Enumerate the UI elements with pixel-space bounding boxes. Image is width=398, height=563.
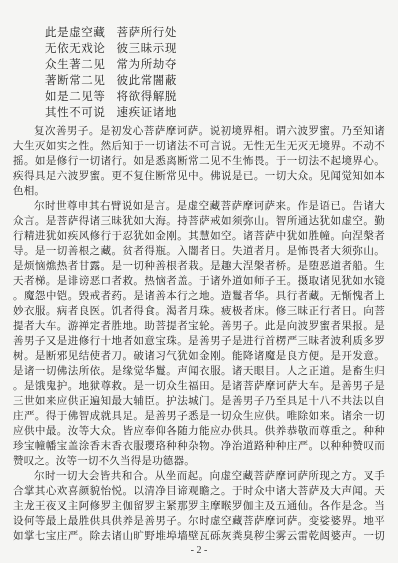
- verse-row: 如是二见等将欲得解脱: [45, 89, 385, 105]
- verse-left-half: 众生著二见: [45, 57, 106, 73]
- text-line: 摇。如是修行一切诸行。如是悉离断常二见不生怖畏。于一切法不起境界心。: [13, 154, 385, 169]
- verse-gap: [106, 89, 117, 105]
- text-line: 大生灭如实之性。然后知于一切诸法不可言说。无性无生无灭无境界。不动不: [13, 139, 385, 154]
- verse-row: 其性不可说速疾证诸地: [45, 105, 385, 121]
- text-line: 天者梯。是诽谤恶口者救。热恼者盖。于诸外道如师子王。摄取诸见犹如水镜: [13, 274, 385, 289]
- verse-left-half: 其性不可说: [45, 105, 106, 121]
- text-line: 善男子又是进修行十地者如意宝珠。是善男子是进行首楞严三昧者波利质多罗: [13, 334, 385, 349]
- verse-gap: [106, 73, 117, 89]
- verse-row: 著断常二见彼此常闇蔽: [45, 73, 385, 89]
- text-line: 。是饿鬼护。地狱尊救。是一切众生福田。是诸菩萨摩诃萨大车。是善男子是: [13, 379, 385, 394]
- verse-left-half: 无依无戏论: [45, 41, 106, 57]
- verse-right-half: 常为所劫夺: [117, 57, 178, 73]
- verse-row: 众生著二见常为所劫夺: [45, 57, 385, 73]
- text-line: 尔时一切大会皆共和合。从坐而起。向虚空藏菩萨摩诃萨所现之方。叉手: [13, 469, 385, 484]
- verse-gap: [106, 41, 117, 57]
- body-block: 复次善男子。是初发心菩萨摩诃萨。说初境界相。谓六波罗蜜。乃至知诸大生灭如实之性。…: [13, 124, 385, 544]
- verse-right-half: 彼此常闇蔽: [117, 73, 178, 89]
- verse-right-half: 彼三昧示现: [117, 41, 178, 57]
- scanned-sutra-page: 此是虚空藏菩萨所行处无依无戏论彼三昧示现众生著二见常为所劫夺著断常二见彼此常闇蔽…: [0, 0, 398, 563]
- text-line: 树。是断邪见结使者刀。破诸习气犹如金刚。能降诸魔是良方便。是开发意。: [13, 349, 385, 364]
- verse-right-half: 菩萨所行处: [117, 25, 178, 41]
- verse-row: 无依无戏论彼三昧示现: [45, 41, 385, 57]
- text-line: 提者大车。游禅定者胜地。助菩提者宝轮。善男子。此是向波罗蜜者果报。是: [13, 319, 385, 334]
- text-line: 应供中最。汝等大众。皆应奉仰各随力能应办供具。供养恭敬而尊重之。种种: [13, 424, 385, 439]
- page-number: - 2 -: [13, 545, 385, 557]
- text-line: 赞叹之。汝等一切不久当得是功德器。: [13, 454, 385, 469]
- text-line: 。魔怨中铠。毁戒者药。是诸善本行之地。造鬘者华。具行者藏。无惭愧者上: [13, 289, 385, 304]
- verse-left-half: 著断常二见: [45, 73, 106, 89]
- text-line: 珍宝幢幡宝盖涂香末香衣服璎珞种种杂物。净治道路种种庄严。以种种赞叹而: [13, 439, 385, 454]
- text-line: 主龙王夜叉主阿修罗主伽留罗主紧那罗主摩睺罗伽主及五通仙。各作是念。当: [13, 499, 385, 514]
- text-line: 三世如来应供正遍知最大辅臣。护法城门。是善男子乃至具足十八不共法以自: [13, 394, 385, 409]
- verse-gap: [106, 105, 117, 121]
- text-line: 导。是一切善根之藏。贫者得瓶。入闇者日。失道者月。是怖畏者大须弥山。: [13, 244, 385, 259]
- verse-left-half: 此是虚空藏: [45, 25, 106, 41]
- verse-row: 此是虚空藏菩萨所行处: [45, 25, 385, 41]
- verse-right-half: 将欲得解脱: [117, 89, 178, 105]
- text-line: 疾得具足六波罗蜜。更不复住断常见中。佛说是已。一切大众。见闻觉知如本: [13, 169, 385, 184]
- paragraph: 尔时一切大会皆共和合。从坐而起。向虚空藏菩萨摩诃萨所现之方。叉手合掌其心欢喜颜貌…: [13, 469, 385, 544]
- text-line: 众言。是菩萨得诸三昧犹如大海。持菩萨戒如须弥山。智所通达犹如虚空。勤: [13, 214, 385, 229]
- text-line: 行精进犹如疾风修行于忍犹如金刚。其慧如空。诸菩萨中犹如胜幢。向涅槃者: [13, 229, 385, 244]
- verse-gap: [106, 57, 117, 73]
- verse-gap: [106, 25, 117, 41]
- text-line: 庄严。得于佛智成就具足。是善男子悉是一切众生应供。唯除如来。诸余一切: [13, 409, 385, 424]
- paragraph: 复次善男子。是初发心菩萨摩诃萨。说初境界相。谓六波罗蜜。乃至知诸大生灭如实之性。…: [13, 124, 385, 199]
- text-line: 是烦恼燋热者甘露。是一切种善根者栽。是趣大涅槃者桥。是堕恶道者船。生: [13, 259, 385, 274]
- verse-block: 此是虚空藏菩萨所行处无依无戏论彼三昧示现众生著二见常为所劫夺著断常二见彼此常闇蔽…: [45, 25, 385, 121]
- paragraph: 尔时世尊申其右臂说如是言。是虚空藏菩萨摩诃萨来。作是语已。告诸大众言。是菩萨得诸…: [13, 199, 385, 469]
- text-line: 妙衣服。病者良医。饥者得食。渴者月珠。疲极者床。修三昧正行者日。向菩: [13, 304, 385, 319]
- text-line: 如掌七宝庄严。除去诸山旷野堆埠墙壁瓦砾灰粪臭秽尘雾云雷乾闼婆声。一切: [13, 529, 385, 544]
- text-line: 复次善男子。是初发心菩萨摩诃萨。说初境界相。谓六波罗蜜。乃至知诸: [13, 124, 385, 139]
- verse-left-half: 如是二见等: [45, 89, 106, 105]
- text-line: 合掌其心欢喜颜貌怡悦。以清净目谛观瞻之。于时众中诸大菩萨及大声闻。天: [13, 484, 385, 499]
- text-line: 尔时世尊申其右臂说如是言。是虚空藏菩萨摩诃萨来。作是语已。告诸大: [13, 199, 385, 214]
- text-line: 是诸一切佛法所依。是缘觉华鬘。声闻衣服。诸天眼目。人之正道。是畜生归: [13, 364, 385, 379]
- text-line: 色相。: [13, 184, 385, 199]
- text-line: 设何等最上最胜供具供养是善男子。尔时虚空藏菩萨摩诃萨。变娑婆界。地平: [13, 514, 385, 529]
- verse-right-half: 速疾证诸地: [117, 105, 178, 121]
